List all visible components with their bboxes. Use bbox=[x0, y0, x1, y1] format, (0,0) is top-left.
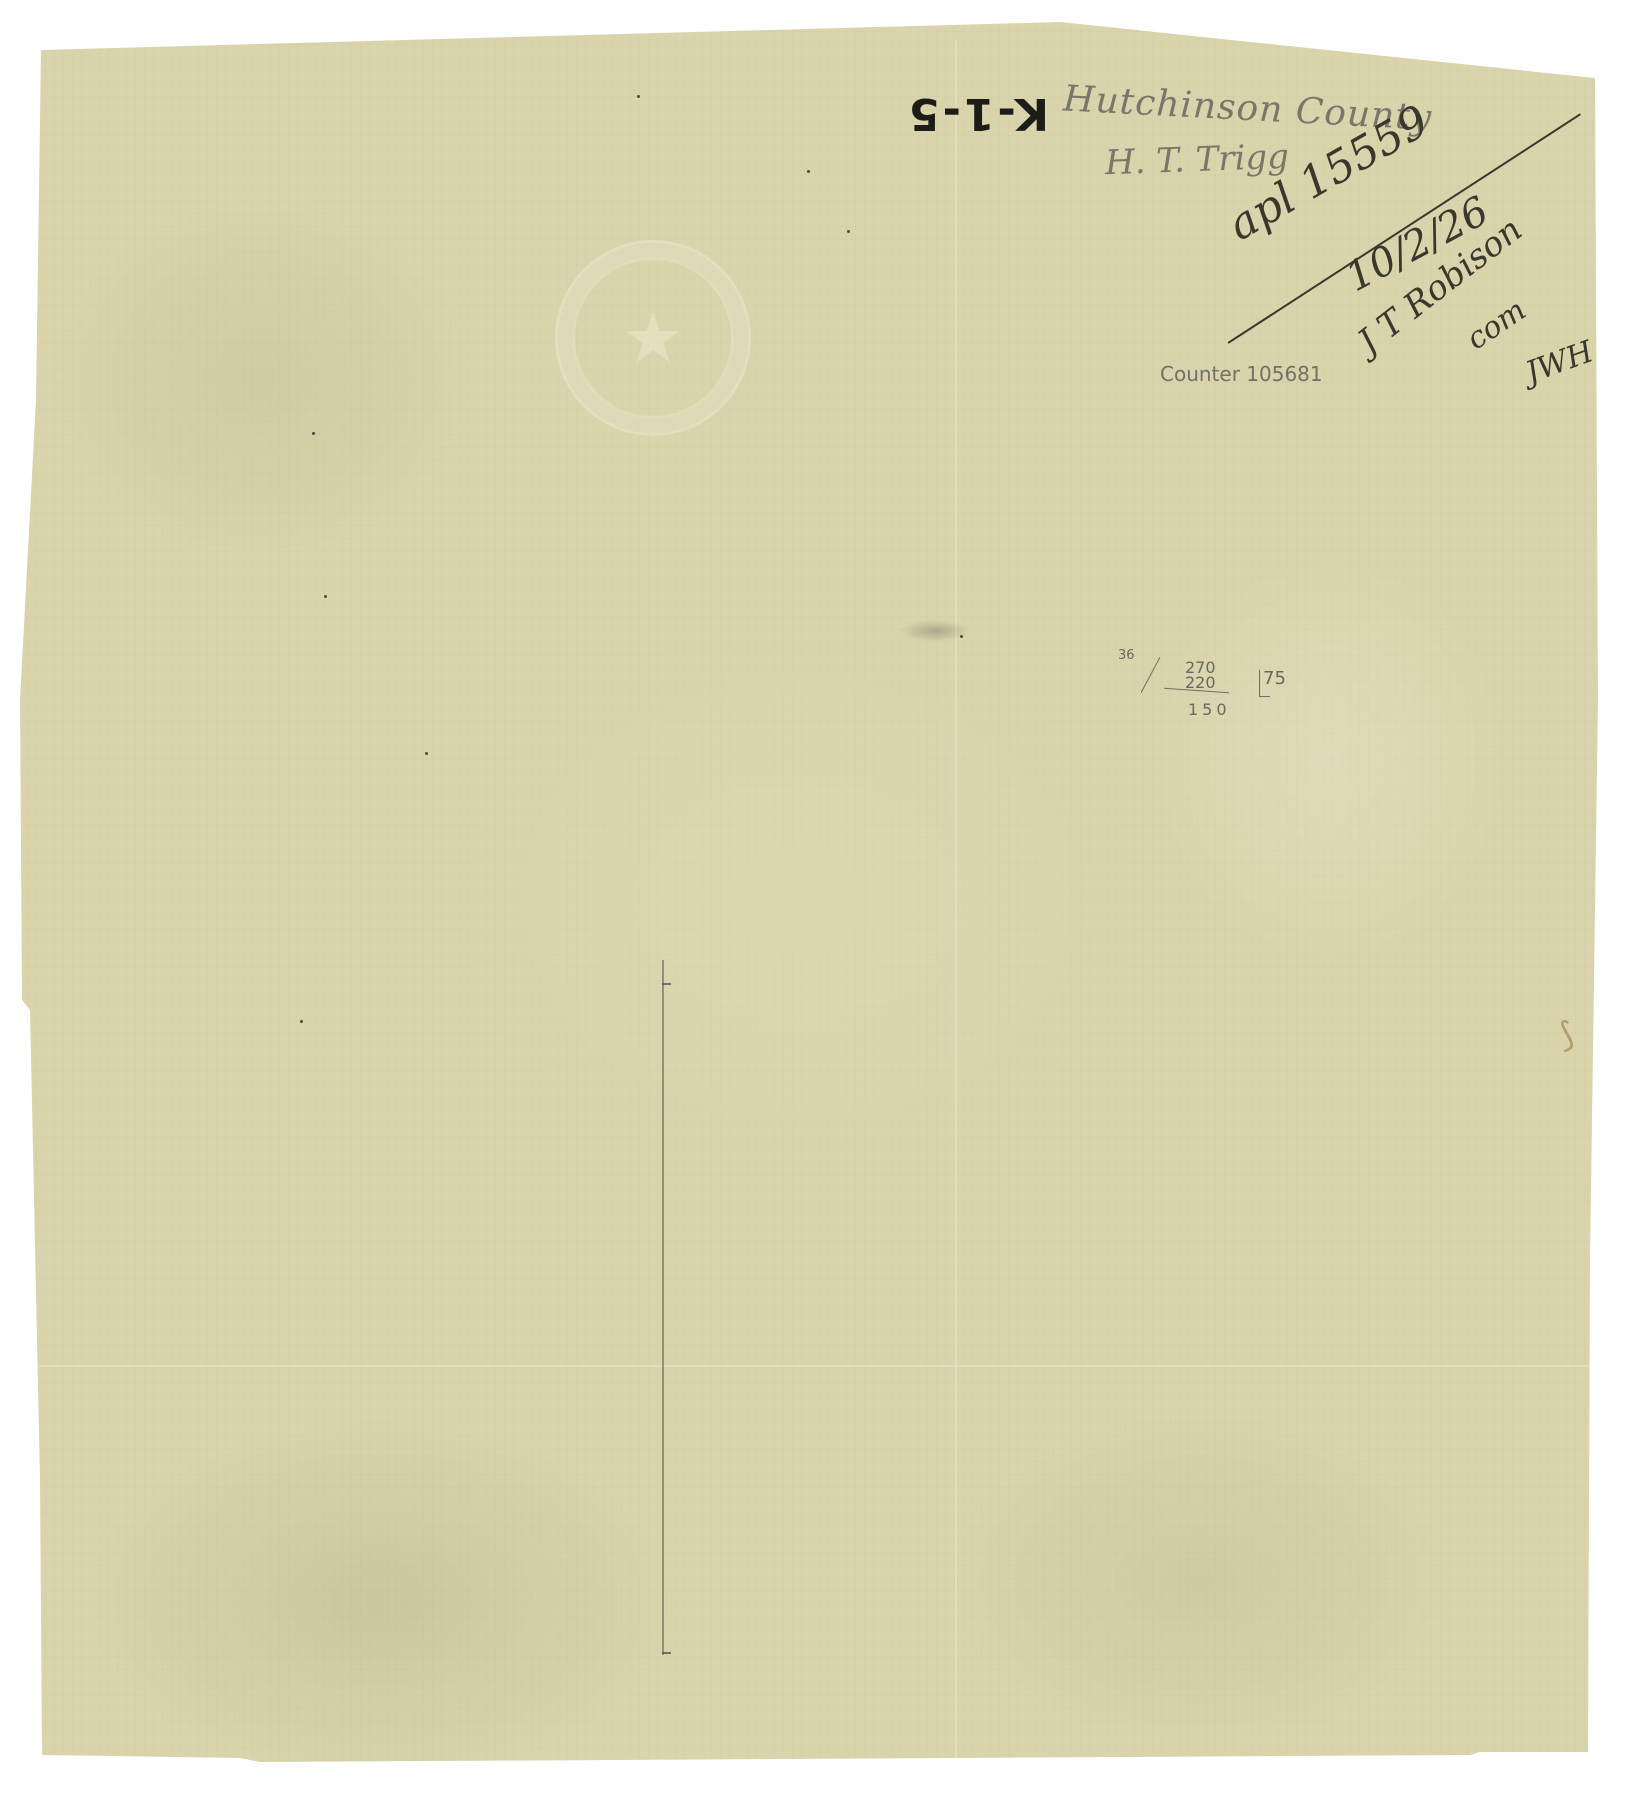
speck bbox=[324, 595, 327, 598]
calc-slash bbox=[1141, 657, 1161, 693]
file-code-stamp: K-1-5 bbox=[906, 88, 1049, 139]
clerk-initials: JWH bbox=[1521, 334, 1598, 390]
speck bbox=[960, 635, 963, 638]
speck bbox=[312, 432, 315, 435]
speck bbox=[425, 752, 428, 755]
horizontal-fold-line bbox=[30, 1365, 1590, 1367]
embossed-seal: ★ bbox=[555, 240, 751, 436]
calc-numerator-bottom: 220 bbox=[1185, 675, 1216, 690]
speck bbox=[300, 1020, 303, 1023]
pencil-tick-bottom bbox=[662, 1652, 671, 1654]
signature-title: com bbox=[1460, 293, 1532, 357]
seal-star-icon: ★ bbox=[622, 303, 685, 373]
calc-side-value: 75 bbox=[1263, 668, 1286, 689]
calc-numerators: 270 220 bbox=[1185, 660, 1216, 690]
counter-number: Counter 105681 bbox=[1160, 362, 1323, 386]
speck bbox=[807, 170, 810, 173]
pencil-vertical-rule bbox=[662, 960, 664, 1655]
ink-smudge bbox=[900, 620, 970, 642]
scan-background: ★ K-1-5 Hutchinson County H. T. Trigg ap… bbox=[0, 0, 1631, 1800]
calc-result: 150 bbox=[1188, 700, 1231, 719]
vertical-fold-line bbox=[955, 40, 957, 1760]
speck bbox=[637, 95, 640, 98]
grantee-name: H. T. Trigg bbox=[1104, 137, 1289, 183]
document-paper: ★ K-1-5 Hutchinson County H. T. Trigg ap… bbox=[0, 0, 1631, 1800]
calc-left-value: 36 bbox=[1118, 648, 1135, 663]
pencil-tick-top bbox=[662, 983, 671, 985]
speck bbox=[847, 230, 850, 233]
stain-mark-icon: ⟆ bbox=[1557, 1014, 1577, 1056]
